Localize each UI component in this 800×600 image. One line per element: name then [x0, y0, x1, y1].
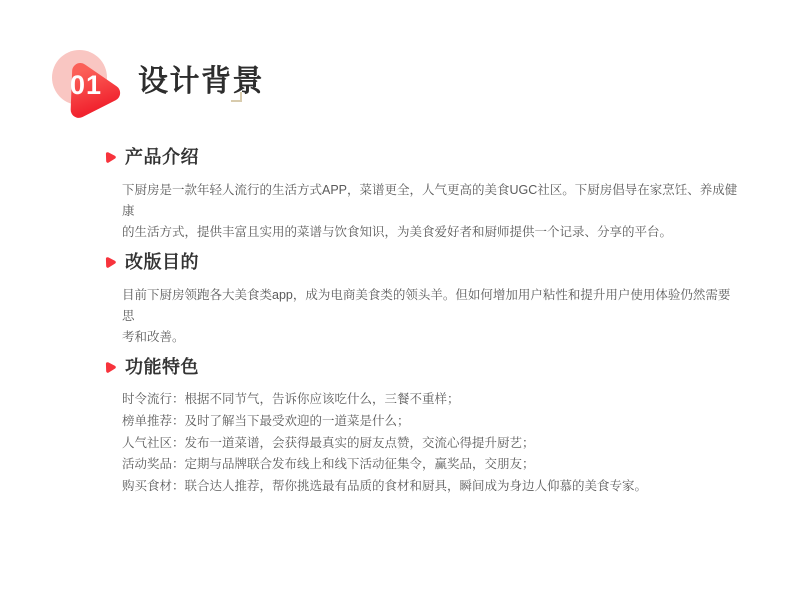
feature-item: 购买食材：联合达人推荐，帮你挑选最有品质的食材和厨具，瞬间成为身边人仰慕的美食专… — [122, 476, 744, 498]
section-title: 改版目的 — [125, 251, 199, 273]
section-product-intro: 产品介绍 下厨房是一款年轻人流行的生活方式APP，菜谱更全，人气更高的美食UGC… — [104, 146, 744, 243]
chapter-number: 01 — [65, 70, 107, 101]
feature-item: 榜单推荐：及时了解当下最受欢迎的一道菜是什么； — [122, 411, 744, 433]
section-heading-revision-purpose: 改版目的 — [104, 251, 744, 273]
chapter-badge: 01 — [52, 50, 122, 120]
section-body-text: 目前下厨房领跑各大美食类app，成为电商美食类的领头羊。但如何增加用户粘性和提升… — [122, 285, 742, 348]
header: 01 设计背景 — [52, 50, 264, 120]
section-feature-highlights: 功能特色 时令流行：根据不同节气，告诉你应该吃什么，三餐不重样； 榜单推荐：及时… — [104, 356, 744, 498]
page-title: 设计背景 — [138, 56, 264, 100]
slide: 01 设计背景 产品介绍 下厨房是一款年轻人流行的生活方式APP，菜谱更全，人气… — [0, 0, 800, 600]
section-title: 产品介绍 — [125, 146, 199, 168]
section-heading-feature-highlights: 功能特色 — [104, 356, 744, 378]
corner-bracket-decoration — [231, 92, 242, 102]
bullet-play-icon — [104, 360, 116, 374]
feature-item: 时令流行：根据不同节气，告诉你应该吃什么，三餐不重样； — [122, 389, 744, 411]
section-heading-product-intro: 产品介绍 — [104, 146, 744, 168]
section-title: 功能特色 — [125, 356, 199, 378]
feature-list: 时令流行：根据不同节气，告诉你应该吃什么，三餐不重样； 榜单推荐：及时了解当下最… — [122, 389, 744, 498]
feature-item: 活动奖品：定期与品牌联合发布线上和线下活动征集令，赢奖品，交朋友； — [122, 454, 744, 476]
bullet-play-icon — [104, 255, 116, 269]
section-revision-purpose: 改版目的 目前下厨房领跑各大美食类app，成为电商美食类的领头羊。但如何增加用户… — [104, 251, 744, 348]
bullet-play-icon — [104, 150, 116, 164]
section-body-text: 下厨房是一款年轻人流行的生活方式APP，菜谱更全，人气更高的美食UGC社区。下厨… — [122, 180, 742, 243]
feature-item: 人气社区：发布一道菜谱，会获得最真实的厨友点赞，交流心得提升厨艺； — [122, 433, 744, 455]
